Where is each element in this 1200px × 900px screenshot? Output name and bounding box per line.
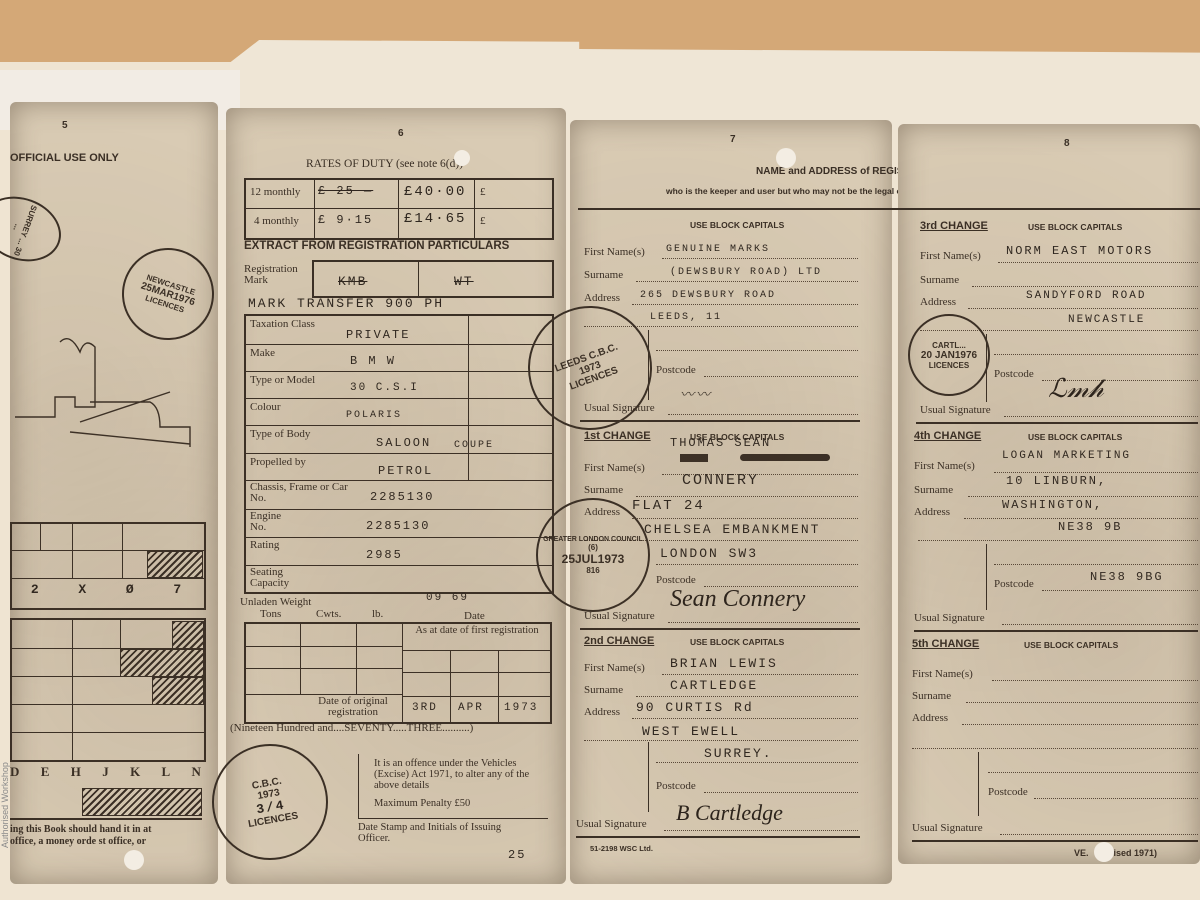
punch-hole <box>1094 842 1114 862</box>
third-change-heading: 3rd CHANGE <box>920 220 988 232</box>
rates-table: 12 monthly £ 25 — £40·00 £ 4 monthly £ 9… <box>244 178 554 240</box>
fifth-change-heading: 5th CHANGE <box>912 638 979 650</box>
date-label: Date <box>464 610 485 622</box>
change3-address-2: NEWCASTLE <box>1068 314 1145 326</box>
form-revision: VE. evised 1971) <box>1074 848 1157 858</box>
mark-transfer-note: MARK TRANSFER 900 PH <box>248 296 444 311</box>
grid-mark-row: 2 X Ø 7 <box>12 582 202 597</box>
weight-lb-label: lb. <box>372 608 383 620</box>
keeper-surname: (DEWSBURY ROAD) LTD <box>670 267 822 278</box>
page-6-panel: 6 RATES OF DUTY (see note 6(d)) 12 month… <box>226 108 566 884</box>
signature-label: Usual Signature <box>912 822 983 834</box>
reg-mark-part1: KMB <box>338 274 367 289</box>
unladen-weight-label: Unladen Weight <box>240 596 311 608</box>
surrey-stamp: SURREY ... 30 ... <box>0 186 70 272</box>
footer-line-2: office, a money orde st office, or <box>10 836 146 847</box>
official-grid-bottom <box>10 618 206 762</box>
page-number: 6 <box>398 128 404 139</box>
taxation-class-value: PRIVATE <box>346 328 410 342</box>
page-7-panel: 7 NAME and ADDRESS of REGISTERED KEEPER … <box>570 120 892 884</box>
rate-period-4: 4 monthly <box>254 215 299 227</box>
footer-line-1: ing this Book should hand it in at <box>10 824 151 835</box>
page-number: 5 <box>62 120 68 131</box>
keeper-first-name: GENUINE MARKS <box>666 244 770 255</box>
address-label: Address <box>920 296 956 308</box>
rating-label: Rating <box>250 539 279 551</box>
make-label: Make <box>250 347 275 359</box>
colour-label: Colour <box>250 401 281 413</box>
keeper-address-1: 265 DEWSBURY ROAD <box>640 290 776 301</box>
page-5-panel: 5 OFFICIAL USE ONLY SURREY ... 30 ... NE… <box>10 102 218 884</box>
orig-reg-label: Date of original registration <box>306 696 400 718</box>
letter-row: D E H J K L N <box>10 764 202 780</box>
weight-tons-label: Tons <box>260 608 281 620</box>
address-label: Address <box>584 706 620 718</box>
postcode-label: Postcode <box>656 780 696 792</box>
reg-mark-part2: WT <box>454 274 474 289</box>
second-change-heading: 2nd CHANGE <box>584 635 654 647</box>
date-scribble: 09 69 <box>426 592 469 604</box>
officer-initials: 25 <box>508 848 526 862</box>
change2-address-2: WEST EWELL <box>642 724 740 739</box>
rate-12-col3: £ <box>480 186 486 198</box>
postcode-label: Postcode <box>994 578 1034 590</box>
surname-label: Surname <box>584 684 623 696</box>
change2-first-name: BRIAN LEWIS <box>670 656 778 671</box>
weight-date-table: As at date of first registration Date of… <box>244 622 552 724</box>
rates-of-duty-title: RATES OF DUTY (see note 6(d)) <box>306 158 463 170</box>
seating-label: Seating Capacity <box>250 567 310 589</box>
address-label: Address <box>912 712 948 724</box>
fourth-change-heading: 4th CHANGE <box>914 430 981 442</box>
orig-reg-day: 3RD <box>412 702 438 714</box>
rate-4-col1: £ 9·15 <box>318 213 373 227</box>
change1-first-name: THOMAS SEAN <box>670 436 771 450</box>
use-block-capitals: USE BLOCK CAPITALS <box>1024 640 1118 650</box>
page-number: 8 <box>1064 138 1070 149</box>
change3-address-1: SANDYFORD ROAD <box>1026 290 1146 302</box>
change1-address-3: LONDON SW3 <box>660 546 758 561</box>
surname-label: Surname <box>584 269 623 281</box>
change2-surname: CARTLEDGE <box>670 678 758 693</box>
postcode-label: Postcode <box>656 364 696 376</box>
punch-hole <box>124 850 144 870</box>
rate-4-col3: £ <box>480 215 486 227</box>
engine-value: 2285130 <box>366 519 430 533</box>
first-name-label: First Name(s) <box>584 246 645 258</box>
max-penalty: Maximum Penalty £50 <box>374 798 470 809</box>
change4-address-2: NE38 9B <box>1058 520 1122 534</box>
particulars-table: Taxation Class PRIVATE Make B M W Type o… <box>244 314 554 594</box>
first-name-label: First Name(s) <box>920 250 981 262</box>
orig-reg-month: APR <box>458 702 484 714</box>
scribbled-out <box>740 454 830 461</box>
surname-label: Surname <box>914 484 953 496</box>
first-change-heading: 1st CHANGE <box>584 430 651 442</box>
body-type-value: SALOON <box>376 436 431 450</box>
rating-value: 2985 <box>366 548 403 562</box>
orig-reg-year: 1973 <box>504 702 538 714</box>
page-8-panel: 8 3rd CHANGE USE BLOCK CAPITALS First Na… <box>898 124 1200 864</box>
surname-label: Surname <box>584 484 623 496</box>
first-name-label: First Name(s) <box>584 462 645 474</box>
first-name-label: First Name(s) <box>584 662 645 674</box>
chassis-value: 2285130 <box>370 490 434 504</box>
colour-value: POLARIS <box>346 410 402 421</box>
change4-surname: 10 LINBURN, <box>1006 474 1107 488</box>
change2-address-1: 90 CURTIS Rd <box>636 700 754 715</box>
keeper-address-2: LEEDS, 11 <box>650 312 722 323</box>
first-name-label: First Name(s) <box>914 460 975 472</box>
address-label: Address <box>584 292 620 304</box>
model-label: Type or Model <box>250 374 315 386</box>
weight-cwts-label: Cwts. <box>316 608 341 620</box>
newcastle-jan-stamp: CARTL... 20 JAN1976 LICENCES <box>908 314 990 396</box>
use-block-capitals: USE BLOCK CAPITALS <box>1028 222 1122 232</box>
surname-label: Surname <box>912 690 951 702</box>
taxation-class-label: Taxation Class <box>250 318 315 330</box>
chassis-label: Chassis, Frame or Car No. <box>250 482 360 504</box>
propelled-by-value: PETROL <box>378 464 433 478</box>
change3-first-name: NORM EAST MOTORS <box>1006 244 1153 258</box>
glc-stamp: GREATER LONDON COUNCIL (6) 25JUL1973 816 <box>536 498 650 612</box>
punch-hole <box>454 150 470 166</box>
first-name-label: First Name(s) <box>912 668 973 680</box>
hatched-cell <box>147 551 203 578</box>
first-reg-label: As at date of first registration <box>408 625 546 636</box>
postcode-label: Postcode <box>656 574 696 586</box>
offence-notice: It is an offence under the Vehicles (Exc… <box>374 758 546 791</box>
change2-signature: B Cartledge <box>676 800 783 826</box>
registration-mark-label: Registration Mark <box>244 264 304 286</box>
rate-period-12: 12 monthly <box>250 186 300 198</box>
printer-code: 51-2198 WSC Ltd. <box>590 844 653 853</box>
engine-label: Engine No. <box>250 511 290 533</box>
signature-label: Usual Signature <box>914 612 985 624</box>
signature-label: Usual Signature <box>576 818 647 830</box>
rate-12-col1: £ 25 — <box>318 184 373 198</box>
hatched-bar <box>82 788 202 816</box>
extract-title: EXTRACT FROM REGISTRATION PARTICULARS <box>244 240 509 252</box>
change2-address-3: SURREY. <box>704 746 773 761</box>
scribble-drawing <box>10 332 210 482</box>
body-type-extra: COUPE <box>454 440 494 451</box>
use-block-capitals: USE BLOCK CAPITALS <box>1028 432 1122 442</box>
registration-mark-box: KMB WT <box>312 260 554 298</box>
rate-12-col2: £40·00 <box>404 184 466 200</box>
scribbled-out <box>680 454 708 462</box>
page-number: 7 <box>730 134 736 145</box>
keeper-signature: 〰〰 <box>680 384 712 404</box>
official-grid-top: 2 X Ø 7 <box>10 522 206 610</box>
model-value: 30 C.S.I <box>350 382 419 394</box>
change4-first-name: LOGAN MARKETING <box>1002 450 1131 462</box>
use-block-capitals: USE BLOCK CAPITALS <box>690 220 784 230</box>
change1-address-1: FLAT 24 <box>632 498 705 514</box>
change1-address-2: CHELSEA EMBANKMENT <box>644 522 820 537</box>
change1-signature: Sean Connery <box>670 586 805 613</box>
surname-label: Surname <box>920 274 959 286</box>
change1-surname: CONNERY <box>682 472 759 489</box>
change4-postcode: NE38 9BG <box>1090 570 1164 584</box>
date-stamp-label: Date Stamp and Initials of Issuing Offic… <box>358 822 508 844</box>
side-sub-label: Authorised Workshop <box>0 762 10 848</box>
make-value: B M W <box>350 354 396 368</box>
use-block-capitals: USE BLOCK CAPITALS <box>690 637 784 647</box>
punch-hole <box>776 148 796 168</box>
postcode-label: Postcode <box>988 786 1028 798</box>
rate-4-col2: £14·65 <box>404 211 466 227</box>
signature-label: Usual Signature <box>920 404 991 416</box>
change3-signature: ℒ𝓂𝒽 <box>1048 374 1104 405</box>
postcode-label: Postcode <box>994 368 1034 380</box>
change4-address-1: WASHINGTON, <box>1002 498 1103 512</box>
official-use-heading: OFFICIAL USE ONLY <box>10 152 119 164</box>
propelled-by-label: Propelled by <box>250 456 306 468</box>
body-type-label: Type of Body <box>250 428 310 440</box>
address-label: Address <box>914 506 950 518</box>
nineteen-hundred-line: (Nineteen Hundred and....SEVENTY.....THR… <box>230 722 473 734</box>
